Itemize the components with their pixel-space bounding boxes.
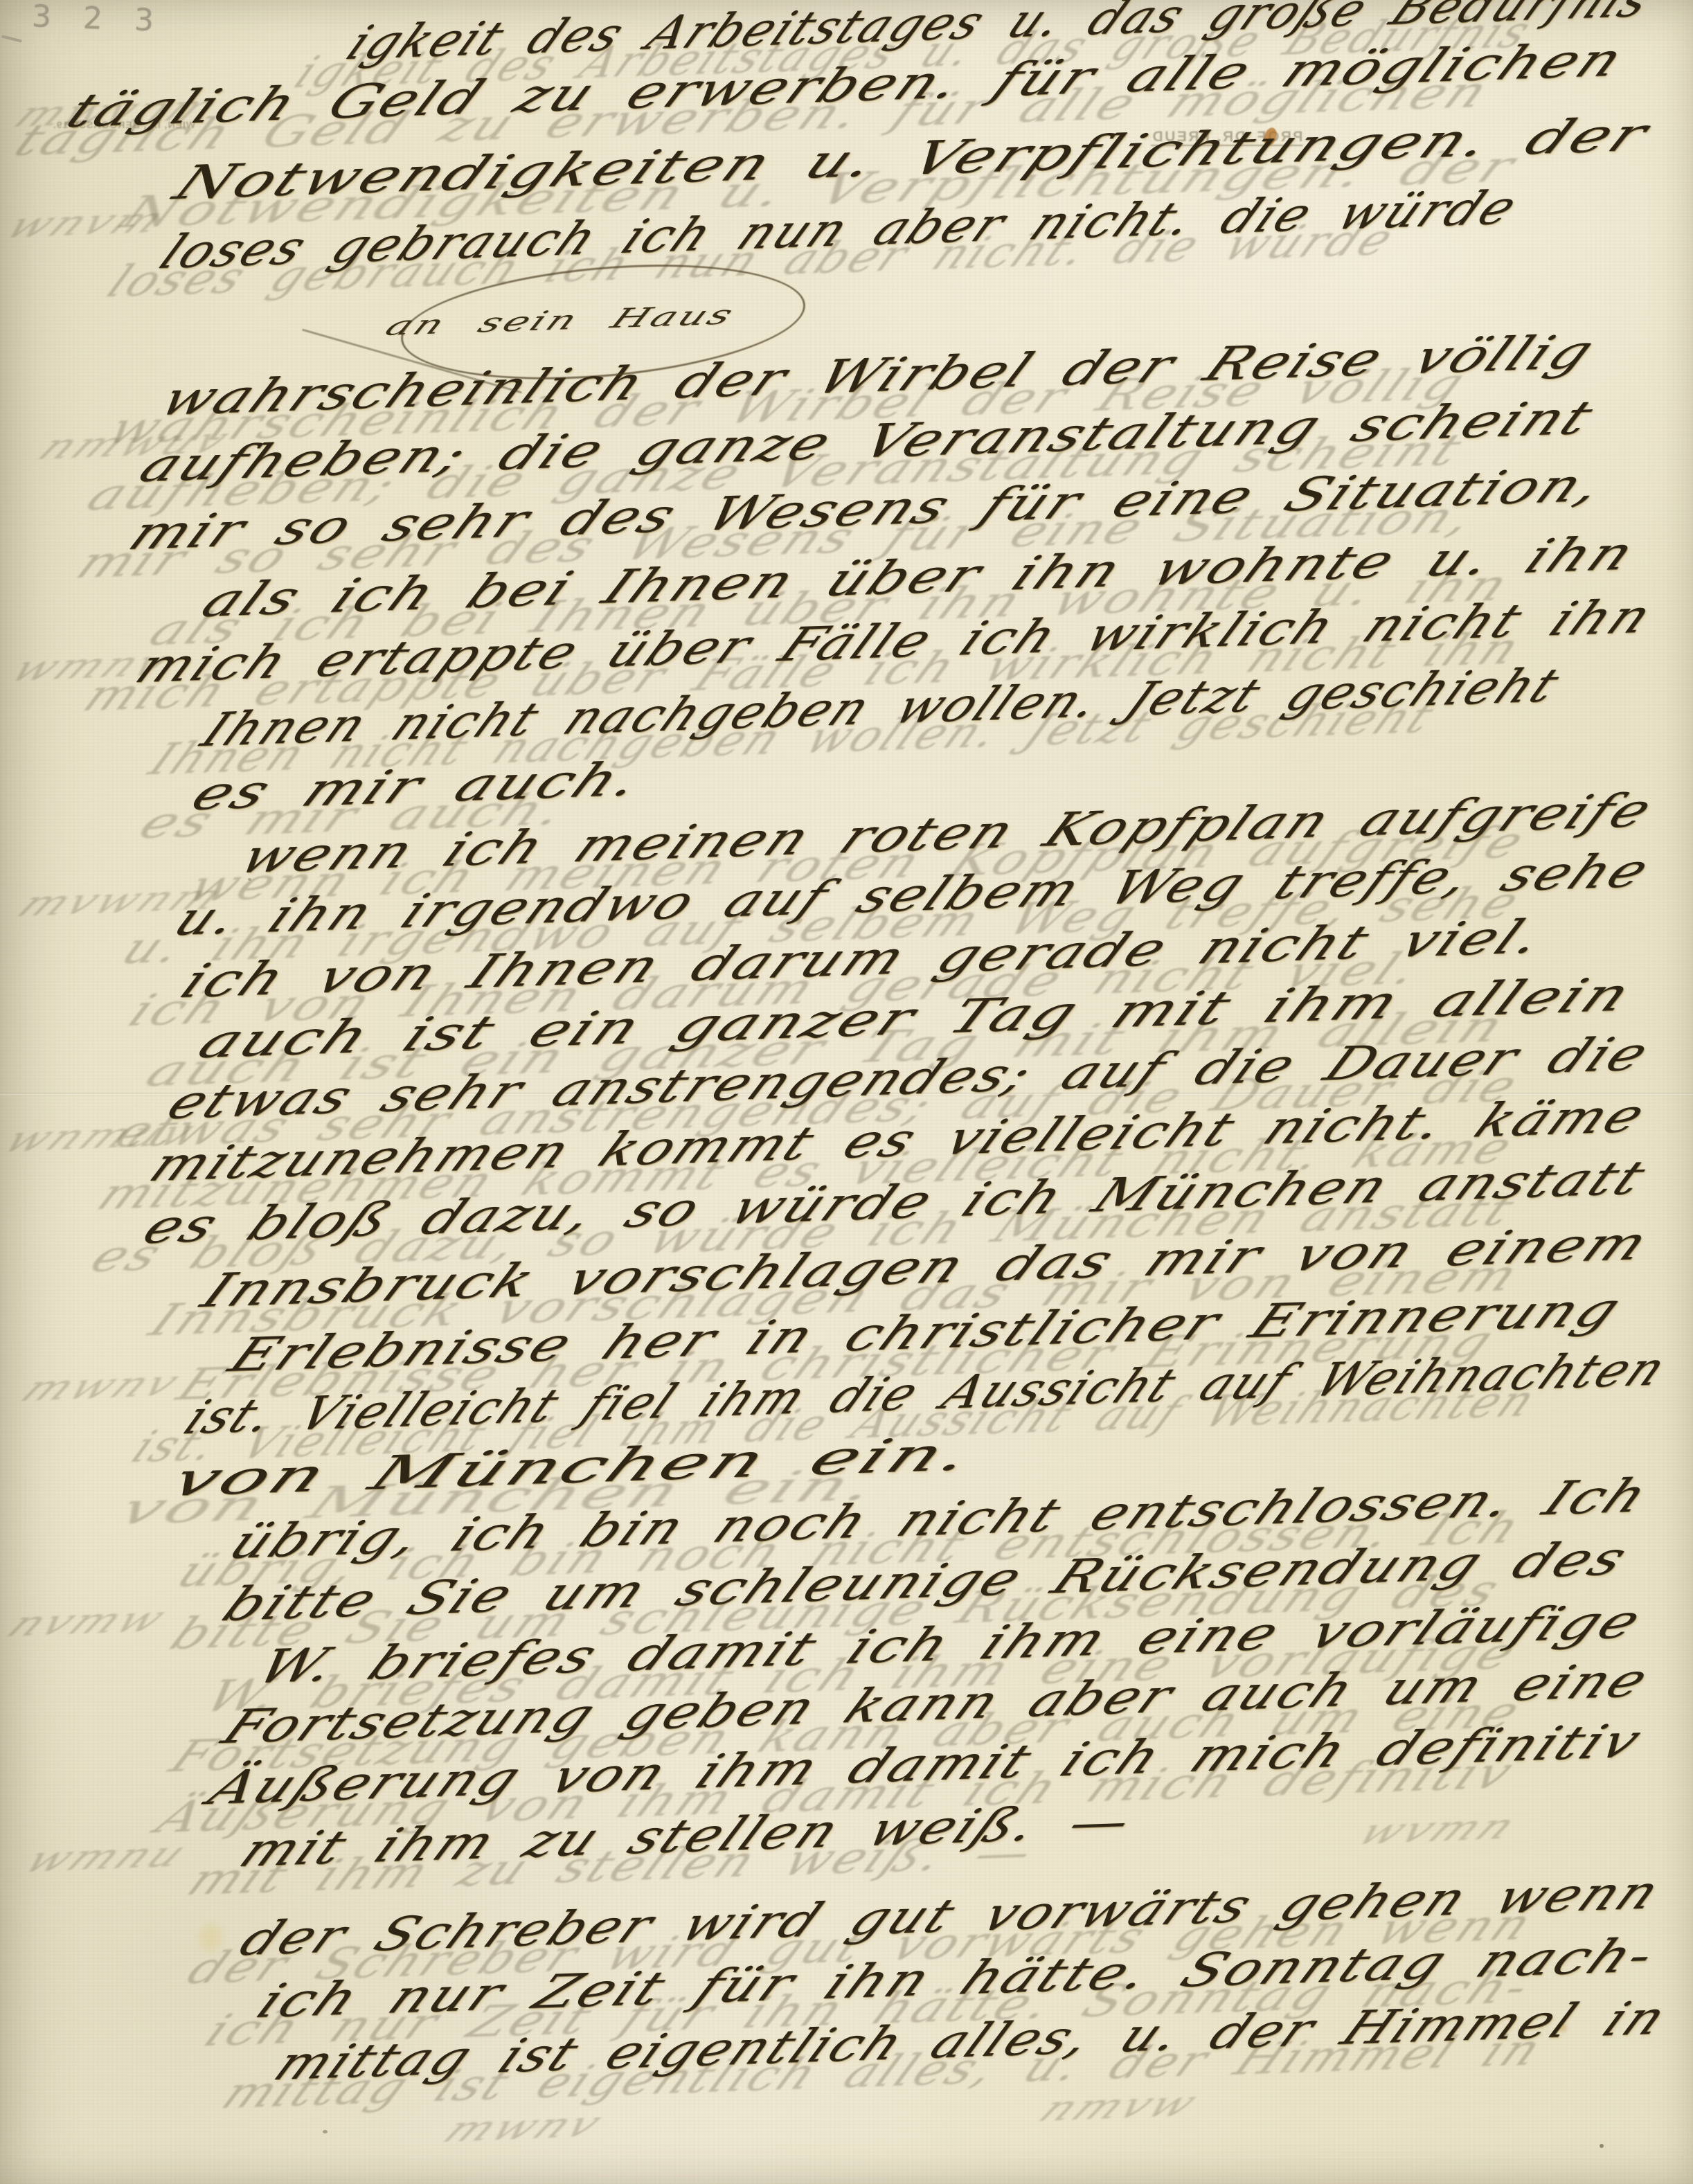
letter-page: igkeit des Arbeitstages u. das große Bed… [0,0,1693,2184]
bleedthrough-scribble: nvmw [0,1600,177,1643]
ink-speck [1600,2144,1604,2148]
ink-speck [323,2130,328,2133]
pencil-page-number: 323 [31,0,186,39]
bleedthrough-scribble: mwnv [436,2106,613,2149]
bleedthrough-scribble: mwnv [13,1365,190,1408]
bleedthrough-scribble: wmnu [17,1835,197,1879]
pencil-dash [1,35,22,42]
bleedthrough-scribble: wnvm [0,202,175,244]
bleedthrough-scribble: nmvw [1031,2085,1208,2128]
bleedthrough-scribble: wvmn [1350,1808,1527,1851]
